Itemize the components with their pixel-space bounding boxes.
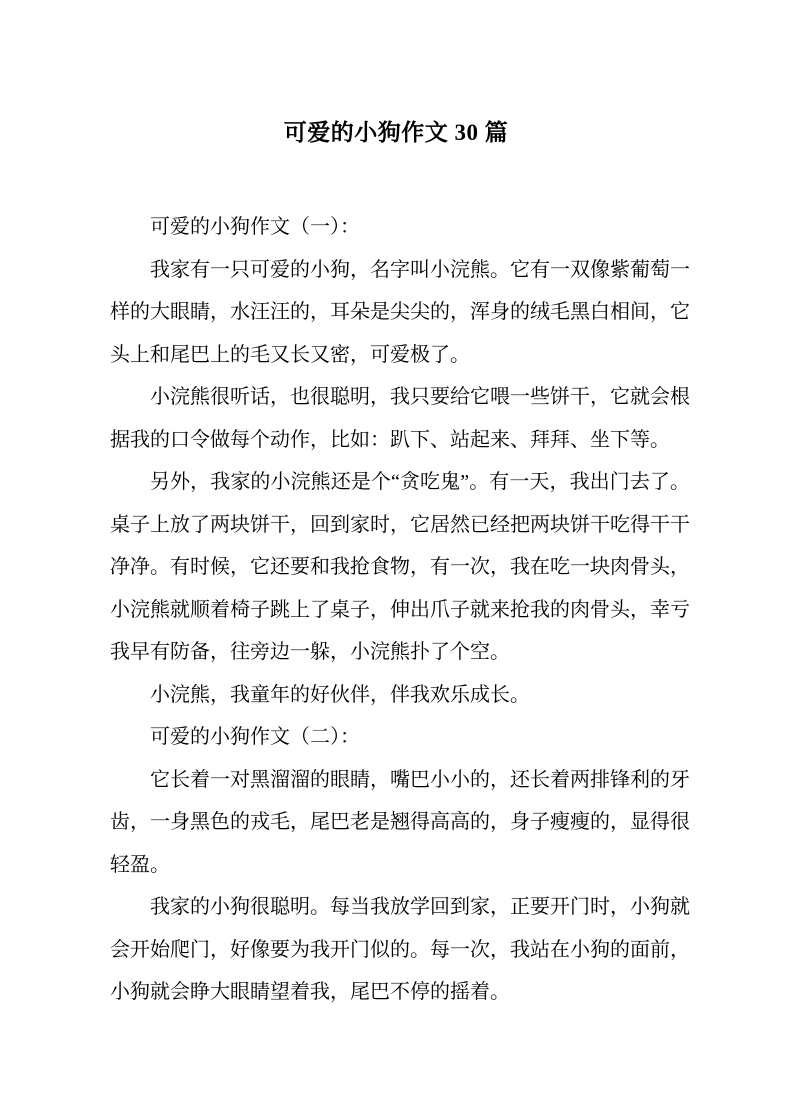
document-body: 可爱的小狗作文（一）： 我家有一只可爱的小狗，名字叫小浣熊。它有一双像紫葡萄一样…: [110, 206, 690, 1014]
paragraph: 它长着一对黑溜溜的眼睛，嘴巴小小的，还长着两排锋利的牙齿，一身黑色的戎毛，尾巴老…: [110, 759, 690, 887]
paragraph: 小浣熊，我童年的好伙伴，伴我欢乐成长。: [110, 674, 690, 717]
paragraph: 我家的小狗很聪明。每当我放学回到家，正要开门时，小狗就会开始爬门，好像要为我开门…: [110, 886, 690, 1014]
essay-1-heading: 可爱的小狗作文（一）：: [110, 206, 690, 249]
document-page: 可爱的小狗作文 30 篇 可爱的小狗作文（一）： 我家有一只可爱的小狗，名字叫小…: [0, 0, 792, 1120]
paragraph: 小浣熊很听话，也很聪明，我只要给它喂一些饼干，它就会根据我的口令做每个动作，比如…: [110, 376, 690, 461]
document-title: 可爱的小狗作文 30 篇: [0, 118, 792, 148]
essay-2-heading: 可爱的小狗作文（二）：: [110, 716, 690, 759]
paragraph: 另外，我家的小浣熊还是个“贪吃鬼”。有一天，我出门去了。桌子上放了两块饼干，回到…: [110, 461, 690, 674]
paragraph: 我家有一只可爱的小狗，名字叫小浣熊。它有一双像紫葡萄一样的大眼睛，水汪汪的，耳朵…: [110, 249, 690, 377]
